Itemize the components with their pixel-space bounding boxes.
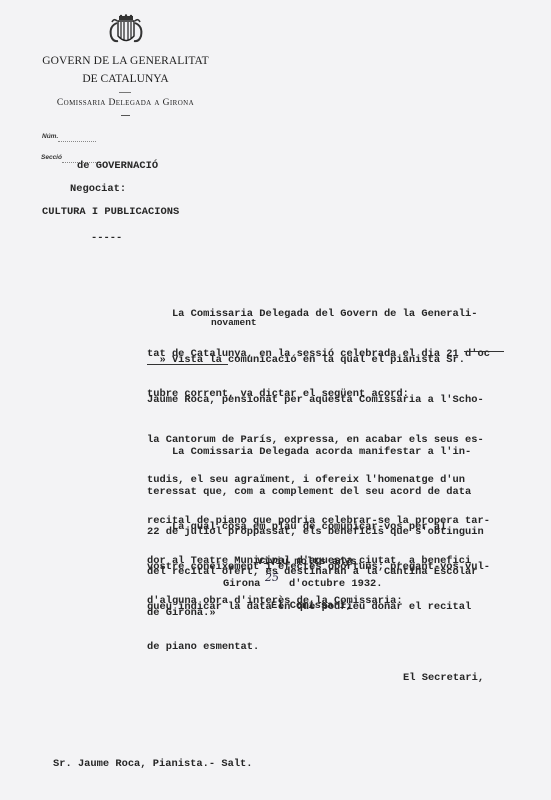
num-field	[58, 141, 96, 142]
date-day-handwritten: 25	[265, 571, 279, 584]
seccio-value: de GOVERNACIÓ	[77, 160, 158, 173]
coat-of-arms-icon	[106, 14, 146, 48]
underline-mark	[147, 364, 228, 365]
date-rest: d'octubre 1932.	[289, 578, 383, 591]
text-line: La Comissaria Delegada acorda manifestar…	[147, 446, 484, 459]
letterhead-divider	[121, 115, 130, 116]
text-line: Jaume Roca, pensionat per aquesta Comiss…	[147, 394, 490, 407]
seccio-label: Secció	[41, 154, 62, 161]
underline-mark	[464, 351, 504, 352]
text-line: La qual cosa em plau de comunicar-vos pe…	[147, 521, 490, 534]
signatory-secretari: El Secretari,	[403, 672, 484, 685]
negociat-value: CULTURA I PUBLICACIONS	[42, 206, 179, 219]
text-line: de piano esmentat.	[147, 641, 490, 654]
num-label: Núm.	[42, 133, 58, 140]
letterhead-divider	[119, 92, 131, 93]
letter-page: GOVERN DE LA GENERALITAT DE CATALUNYA Co…	[0, 0, 551, 800]
separator: -----	[91, 232, 122, 245]
letterhead-region: DE CATALUNYA	[0, 73, 251, 85]
salutation: Viviu molts anys.	[257, 556, 363, 569]
signatory-comissari: El Comissari,	[271, 600, 352, 613]
text-line: La Comissaria Delegada del Govern de la …	[147, 308, 490, 321]
date-place: Girona	[223, 578, 260, 591]
letterhead-government: GOVERN DE LA GENERALITAT	[0, 55, 251, 67]
text-line: » Vista la comunicació en la qual el pia…	[147, 354, 490, 367]
negociat-label: Negociat:	[70, 183, 126, 196]
letterhead-office: Comissaria Delegada a Girona	[0, 98, 251, 108]
addressee: Sr. Jaume Roca, Pianista.- Salt.	[53, 758, 253, 771]
